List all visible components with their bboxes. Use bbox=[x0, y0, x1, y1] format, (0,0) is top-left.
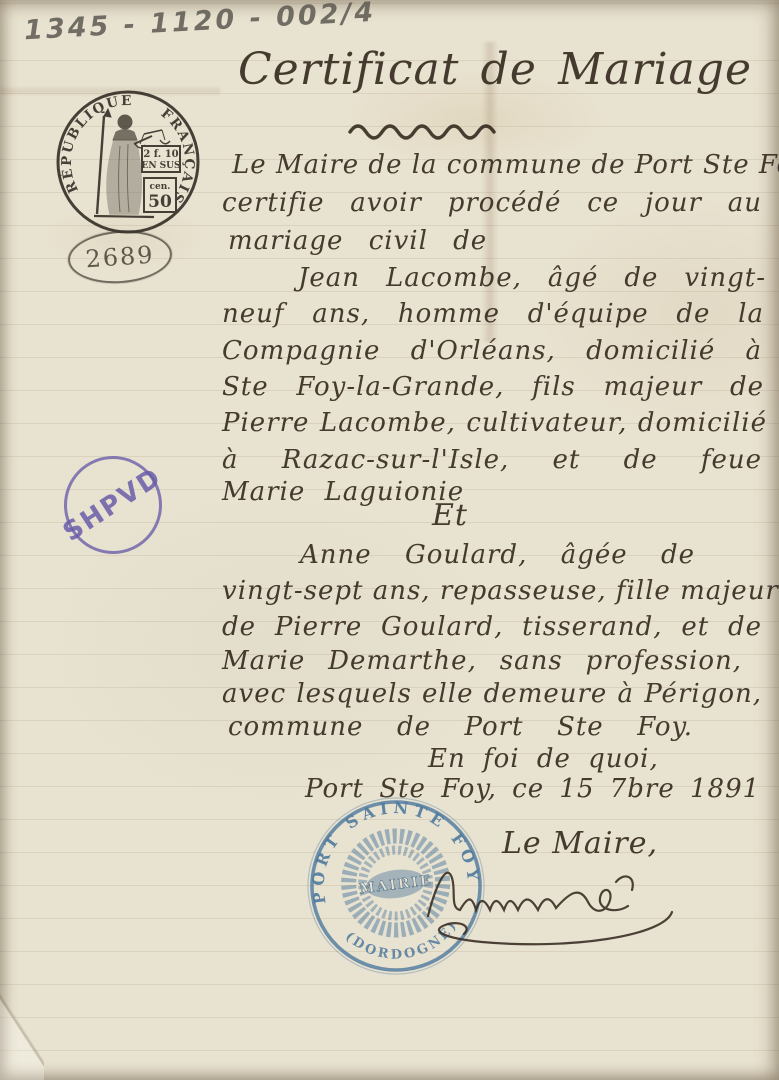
document-title: Certificat de Mariage bbox=[238, 44, 752, 95]
attestation-line: En foi de quoi, bbox=[428, 744, 659, 774]
body-line-et: Et bbox=[432, 498, 468, 533]
mayor-signature bbox=[420, 852, 730, 982]
body-line: Marie Laguionie bbox=[222, 477, 464, 507]
body-line: mariage civil de bbox=[228, 226, 487, 256]
revenue-stamp: RÉPUBLIQUE FRANÇAISE bbox=[52, 86, 204, 238]
body-line: certifie avoir procédé ce jour au bbox=[222, 188, 762, 218]
body-line: de Pierre Goulard, tisserand, et de bbox=[222, 612, 762, 642]
surcharge-label: EN SUS bbox=[141, 161, 180, 171]
body-line: vingt-sept ans, repasseuse, fille majeur… bbox=[222, 576, 767, 606]
stamp-value-plaques: 2 f. 10 EN SUS cen. 50 bbox=[141, 146, 180, 212]
surcharge-value: 2 f. 10 bbox=[143, 149, 178, 160]
certificate-page: 1345 - 1120 - 002/4 RÉPUBLIQUE FRANÇAISE bbox=[0, 0, 779, 1080]
body-line: Marie Demarthe, sans profession, bbox=[222, 646, 742, 676]
title-flourish bbox=[346, 116, 516, 142]
control-number: 2689 bbox=[85, 241, 156, 274]
body-line: avec lesquels elle demeure à Périgon, bbox=[222, 679, 762, 709]
archive-stamp-text: SHPVD bbox=[58, 462, 168, 548]
corner-fold bbox=[0, 982, 44, 1080]
body-line: Anne Goulard, âgée de bbox=[300, 540, 695, 570]
archival-number: 1345 - 1120 - 002/4 bbox=[23, 0, 376, 46]
body-line: Jean Lacombe, âgé de vingt- bbox=[298, 263, 766, 293]
body-line: Pierre Lacombe, cultivateur, domicilié bbox=[222, 408, 767, 438]
body-line: neuf ans, homme d'équipe de la bbox=[222, 299, 764, 329]
cents-value: 50 bbox=[148, 192, 172, 212]
archive-stamp: SHPVD bbox=[64, 456, 162, 554]
body-line: Compagnie d'Orléans, domicilié à bbox=[222, 336, 762, 366]
cents-label: cen. bbox=[150, 182, 171, 192]
body-line: Ste Foy-la-Grande, fils majeur de bbox=[222, 372, 764, 402]
body-line: à Razac-sur-l'Isle, et de feue bbox=[222, 445, 762, 475]
body-line: Le Maire de la commune de Port Ste Foy bbox=[232, 150, 766, 180]
body-line: commune de Port Ste Foy. bbox=[228, 712, 693, 742]
